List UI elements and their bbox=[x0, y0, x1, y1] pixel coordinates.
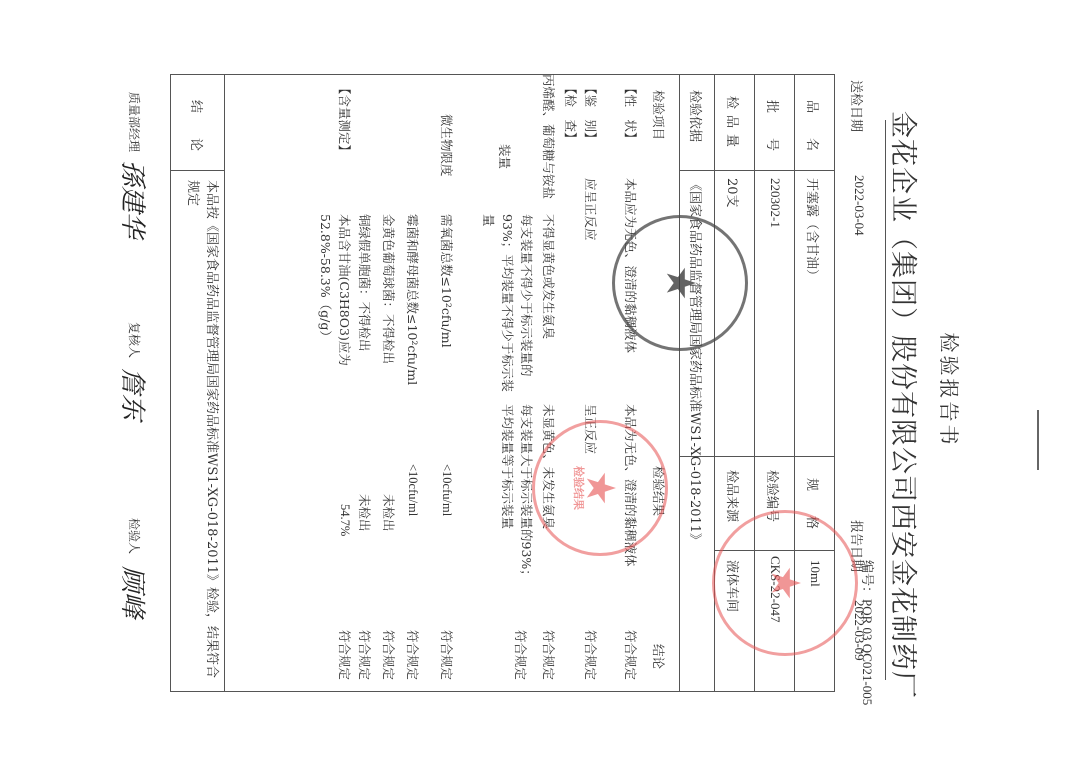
batch-label: 批 号 bbox=[764, 100, 783, 157]
col-header-conclusion: 结论 bbox=[649, 644, 668, 669]
company-name: 金花企业（集团）股份有限公司西安金花制药厂 bbox=[886, 95, 925, 715]
basis-label: 检验依据 bbox=[687, 90, 706, 142]
reviewer-label: 复核人 bbox=[126, 322, 143, 358]
report-title: 检验报告书 bbox=[936, 250, 965, 530]
item-fill-volume: 装量 bbox=[495, 144, 514, 169]
std-pseudomonas: 铜绿假单胞菌：不得检出 bbox=[355, 214, 374, 352]
item-microbial-limit: 微生物限度 bbox=[437, 114, 456, 177]
quantity-label: 检品量 bbox=[724, 96, 743, 153]
std-staph: 金黄色葡萄球菌：不得检出 bbox=[379, 214, 398, 364]
submit-date: 2022-03-04 bbox=[851, 175, 867, 236]
conclusion-fill-volume: 符合规定 bbox=[511, 630, 530, 680]
conclusion-pseudomonas: 符合规定 bbox=[355, 630, 374, 680]
row-divider bbox=[794, 74, 795, 692]
std-identification: 应呈正反应 bbox=[581, 178, 600, 241]
top-dash-mark bbox=[1037, 410, 1039, 470]
source-label: 检品来源 bbox=[724, 470, 743, 522]
result-appearance: 本品为无色、澄清的黏稠液体 bbox=[621, 404, 640, 584]
batch-value: 220302-1 bbox=[767, 178, 783, 228]
result-pseudomonas: 未检出 bbox=[355, 494, 374, 532]
row-divider bbox=[754, 74, 755, 692]
std-assay: 本品含甘油(C3H8O3)应为52.8%-58.3%（g/g） bbox=[316, 214, 354, 434]
conclusion-appearance: 符合规定 bbox=[621, 630, 640, 680]
test-no-label: 检验编号 bbox=[764, 470, 783, 522]
conclusion-acrolein: 符合规定 bbox=[539, 630, 558, 680]
item-inspection: 【检 查】 bbox=[561, 82, 580, 145]
conclusion-identification: 符合规定 bbox=[581, 630, 600, 680]
result-fill-volume: 每支装量大于标示装量的93%；平均装量等于标示装量 bbox=[498, 404, 536, 584]
item-assay: 【含量测定】 bbox=[335, 82, 354, 157]
item-appearance: 【性 状】 bbox=[621, 82, 640, 145]
result-assay: 54.7% bbox=[335, 504, 354, 536]
submit-date-label: 送检日期 bbox=[848, 80, 867, 132]
inspection-report-page: 检验报告书 金花企业（集团）股份有限公司西安金花制药厂 编号：PQR 03 QC… bbox=[0, 0, 1073, 758]
reviewer-signature: 詹东 bbox=[116, 368, 153, 420]
result-mold-yeast: <10cfu/ml bbox=[403, 464, 422, 516]
result-aerobic: <10cfu/ml bbox=[437, 464, 456, 516]
company-underline bbox=[885, 120, 886, 680]
std-acrolein: 不得显黄色或发生氨臭 bbox=[539, 214, 558, 339]
std-aerobic: 需氧菌总数≤10²cfu/ml bbox=[437, 214, 456, 348]
item-identification: 【鉴 别】 bbox=[581, 82, 600, 145]
col-divider bbox=[170, 170, 225, 171]
result-identification: 呈正反应 bbox=[581, 404, 600, 454]
quantity-value: 20支 bbox=[724, 178, 743, 208]
item-acrolein: 丙烯醛、葡萄糖与铵盐 bbox=[539, 74, 558, 199]
results-section: 检验项目 检验结果 结论 【性 状】 本品应为无色、澄清的黏稠液体 本品为无色、… bbox=[225, 74, 680, 692]
col-header-result: 检验结果 bbox=[649, 466, 668, 516]
report-date: 2022-03-09 bbox=[851, 600, 867, 661]
product-name: 开塞露（含甘油） bbox=[804, 178, 823, 282]
std-fill-volume: 每支装量不得少于标示装量的93%；平均装量不得少于标示装量 bbox=[479, 214, 536, 394]
std-appearance: 本品应为无色、澄清的黏稠液体 bbox=[621, 178, 640, 353]
spec-value: 10ml bbox=[807, 560, 823, 587]
col-divider bbox=[715, 550, 835, 551]
qa-manager-label: 质量部经理 bbox=[126, 92, 143, 152]
conclusion-aerobic: 符合规定 bbox=[437, 630, 456, 680]
inspector-signature: 顾峰 bbox=[116, 566, 153, 618]
spec-label: 规 格 bbox=[804, 478, 823, 535]
conclusion-text: 本品按《国家食品药品监督管理局国家药品标准WS1-XG-018-2011》检验，… bbox=[183, 180, 221, 680]
result-acrolein: 未显黄色、未发生氨臭 bbox=[539, 404, 558, 529]
report-date-label: 报告日期 bbox=[848, 520, 867, 572]
product-name-label: 品 名 bbox=[804, 100, 823, 157]
conclusion-label: 结 论 bbox=[188, 100, 207, 157]
conclusion-mold-yeast: 符合规定 bbox=[403, 630, 422, 680]
col-header-item: 检验项目 bbox=[649, 90, 668, 140]
conclusion-staph: 符合规定 bbox=[379, 630, 398, 680]
result-staph: 未检出 bbox=[379, 494, 398, 532]
source-value: 液体车间 bbox=[724, 560, 743, 612]
qa-manager-signature: 孫建华 bbox=[116, 160, 153, 238]
col-divider bbox=[680, 170, 835, 171]
test-no-value: CKS-22-047 bbox=[767, 556, 783, 622]
conclusion-assay: 符合规定 bbox=[335, 630, 354, 680]
row-divider bbox=[714, 74, 715, 692]
std-mold-yeast: 霉菌和酵母菌总数≤10²cfu/ml bbox=[403, 214, 422, 385]
basis-value: 《国家食品药品监督管理局国家药品标准WS1-XG-018-2011》 bbox=[687, 178, 706, 546]
inspector-label: 检验人 bbox=[126, 518, 143, 554]
